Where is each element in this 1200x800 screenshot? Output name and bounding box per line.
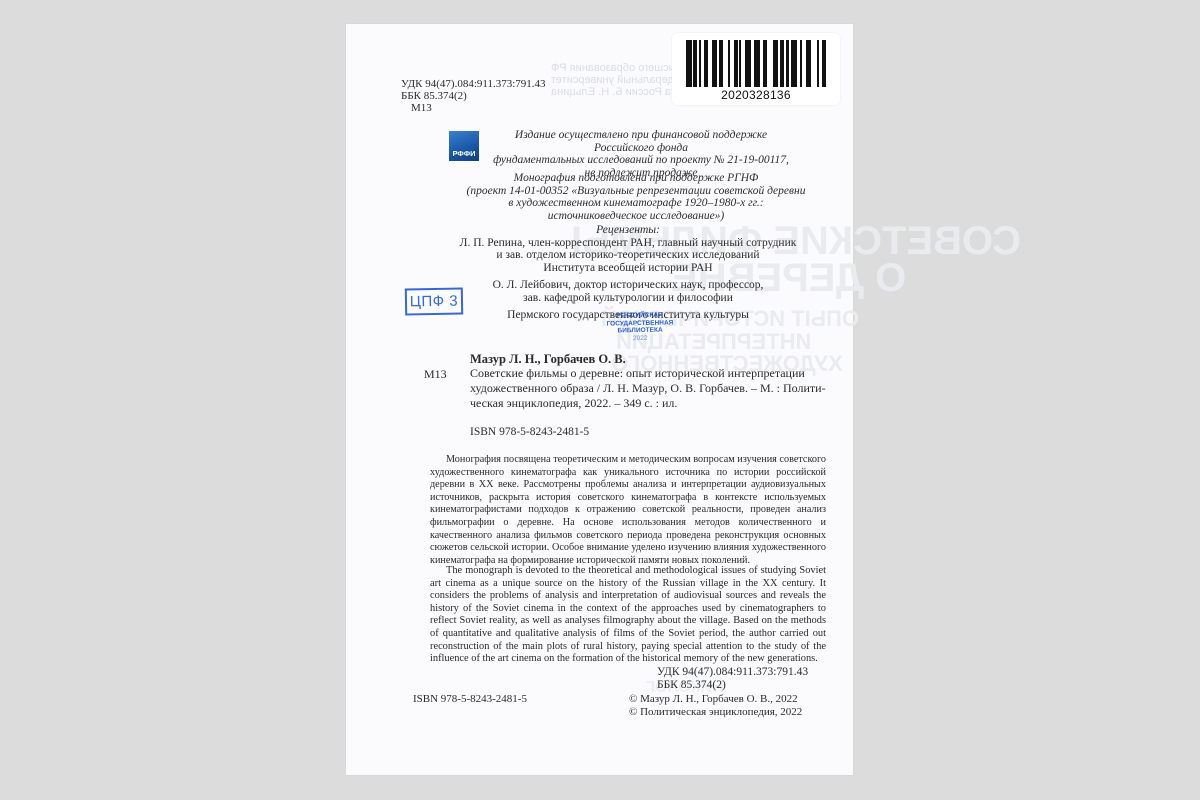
reviewer-line: Института всеобщей истории РАН <box>438 262 818 275</box>
catalog-author-mark: М13 <box>424 367 447 382</box>
copyright-line: © Политическая энциклопедия, 2022 <box>629 706 802 719</box>
funding-line: фундаментальных исследований по проекту … <box>486 154 796 167</box>
abstract-english: The monograph is devoted to the theoreti… <box>430 565 826 666</box>
funding-line: Издание осуществлено при финансовой подд… <box>486 129 796 154</box>
footer-bbk: ББК 85.374(2) <box>657 679 808 692</box>
footer-udk: УДК 94(47).084:911.373:791.43 <box>657 666 808 679</box>
library-stamp: РОССИЙСКАЯ ГОСУДАРСТВЕННАЯ БИБЛИОТЕКА 20… <box>590 311 691 343</box>
footer-classification: УДК 94(47).084:911.373:791.43 ББК 85.374… <box>657 666 808 691</box>
barcode-icon <box>686 40 828 87</box>
footer-isbn: ISBN 978-5-8243-2481-5 <box>413 693 527 705</box>
rgnf-line: в художественном кинематографе 1920–1980… <box>466 197 806 210</box>
cpf-stamp: ЦПФ 3 <box>405 287 463 315</box>
reviewer-line: и зав. отделом историко-теоретических ис… <box>438 249 818 262</box>
rgnf-line: Монография подготовлена при поддержке РГ… <box>466 172 806 185</box>
barcode-number: 2020328136 <box>672 88 840 102</box>
copyright-line: © Мазур Л. Н., Горбачев О. В., 2022 <box>629 693 802 706</box>
barcode-sticker: 2020328136 <box>672 33 840 105</box>
reviewers-title: Рецензенты: <box>438 224 818 237</box>
copyright-block: © Мазур Л. Н., Горбачев О. В., 2022 © По… <box>629 693 802 719</box>
rgnf-line: (проект 14-01-00352 «Визуальные репрезен… <box>466 185 806 198</box>
catalog-isbn: ISBN 978-5-8243-2481-5 <box>470 426 589 438</box>
udk-code: УДК 94(47).084:911.373:791.43 <box>401 78 546 90</box>
rffi-logo-icon: РФФИ <box>449 131 479 161</box>
author-mark: М13 <box>401 102 546 114</box>
reviewer-line: зав. кафедрой культурологии и философии <box>438 292 818 305</box>
reviewers-block: Рецензенты: Л. П. Репина, член-корреспон… <box>438 224 818 322</box>
library-stamp-year: 2022 <box>590 334 690 343</box>
catalog-description: Советские фильмы о деревне: опыт историч… <box>470 366 826 411</box>
catalog-authors: Мазур Л. Н., Горбачев О. В. <box>470 352 626 367</box>
rgnf-line: источниковедческое исследование») <box>466 210 806 223</box>
bbk-code: ББК 85.374(2) <box>401 90 546 102</box>
rgnf-note: Монография подготовлена при поддержке РГ… <box>466 172 806 222</box>
reviewer-line: О. Л. Лейбович, доктор исторических наук… <box>438 279 818 292</box>
classification-header: УДК 94(47).084:911.373:791.43 ББК 85.374… <box>401 78 546 114</box>
book-page: СОВЕТСКИЕ ФИЛЬМЫ О ДЕРЕВНЕ ОПЫТ ИСТОРИЧЕ… <box>346 24 853 775</box>
abstract-russian: Монография посвящена теоретическим и мет… <box>430 454 826 567</box>
reviewer-line: Л. П. Репина, член-корреспондент РАН, гл… <box>438 237 818 250</box>
